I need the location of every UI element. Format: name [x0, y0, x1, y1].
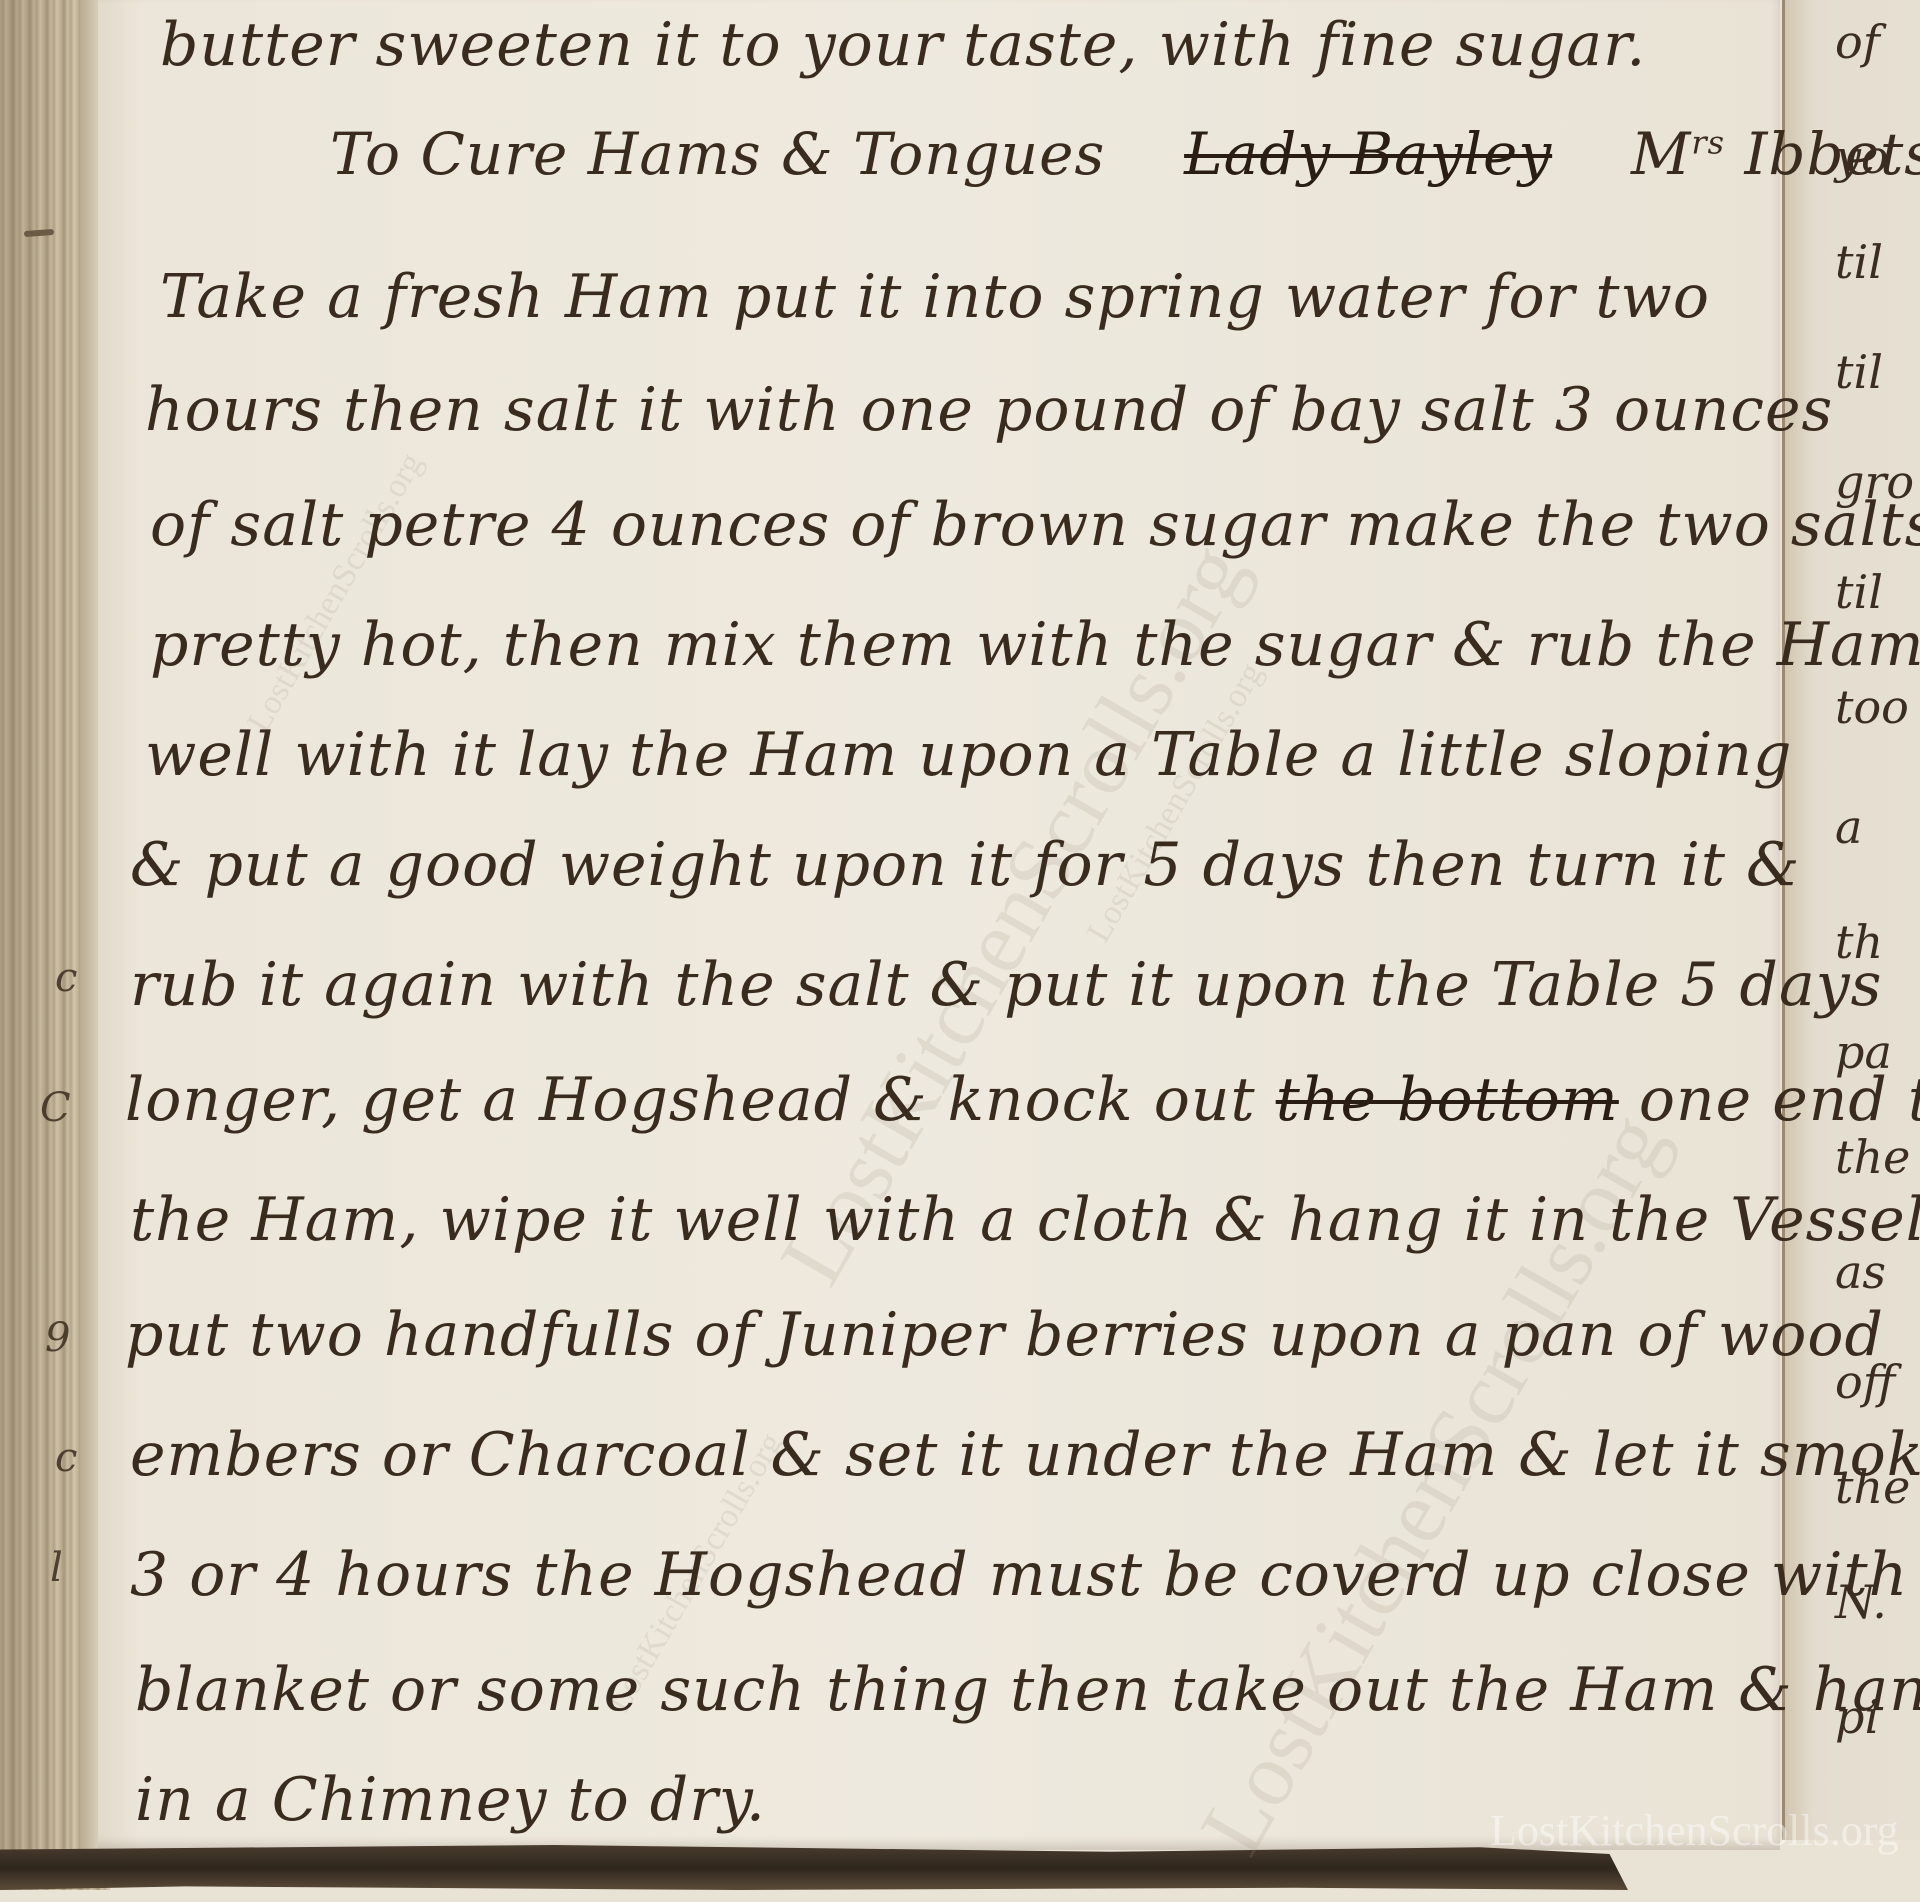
recipe-line: blanket or some such thing then take out… [135, 1655, 1920, 1725]
recipe-text: butter sweeten it to your taste, with fi… [0, 0, 1780, 1850]
recipe-line-text: longer, get a Hogshead & knock out [125, 1065, 1256, 1135]
attribution-prefix: M [1631, 120, 1691, 188]
recipe-line-text: one end take [1639, 1065, 1920, 1135]
attribution-prefix-sup: rs [1691, 124, 1725, 162]
torn-binding-edge [0, 1845, 1850, 1890]
recipe-attribution: Mrs Ibbetson [1631, 120, 1920, 188]
recipe-line: & put a good weight upon it for 5 days t… [130, 830, 1800, 900]
recipe-line: the Ham, wipe it well with a cloth & han… [130, 1185, 1920, 1255]
recipe-line: embers or Charcoal & set it under the Ha… [130, 1420, 1920, 1490]
facing-page-fragment: a [1835, 800, 1862, 854]
recipe-line: pretty hot, then mix them with the sugar… [150, 610, 1920, 680]
facing-page-fragment: the [1835, 1130, 1910, 1184]
manuscript-scan: c C 9 c l of yo til til gro til too a th… [0, 0, 1920, 1902]
recipe-line: rub it again with the salt & put it upon… [130, 950, 1882, 1020]
recipe-line: Take a fresh Ham put it into spring wate… [160, 262, 1710, 332]
recipe-line: in a Chimney to dry. [135, 1765, 766, 1835]
struck-text: the bottom [1276, 1065, 1619, 1135]
recipe-line: of salt petre 4 ounces of brown sugar ma… [150, 490, 1920, 560]
recipe-line-with-strike: longer, get a Hogshead & knock out the b… [125, 1065, 1920, 1135]
recipe-title-row: To Cure Hams & Tongues Lady Bayley Mrs I… [330, 120, 1920, 188]
attribution-name: Ibbetson [1744, 120, 1920, 188]
facing-page-fragment: til [1835, 345, 1883, 399]
facing-page-fragment: of [1835, 15, 1880, 69]
recipe-line: hours then salt it with one pound of bay… [145, 375, 1833, 445]
facing-page-fragment: til [1835, 235, 1883, 289]
recipe-title: To Cure Hams & Tongues [330, 120, 1105, 188]
struck-attribution: Lady Bayley [1184, 120, 1552, 188]
recipe-line: put two handfulls of Juniper berries upo… [125, 1300, 1884, 1370]
facing-page-fragment: too [1835, 680, 1909, 734]
recipe-line: 3 or 4 hours the Hogshead must be coverd… [130, 1540, 1920, 1610]
previous-recipe-ending: butter sweeten it to your taste, with fi… [160, 10, 1646, 80]
recipe-line: well with it lay the Ham upon a Table a … [145, 720, 1792, 790]
